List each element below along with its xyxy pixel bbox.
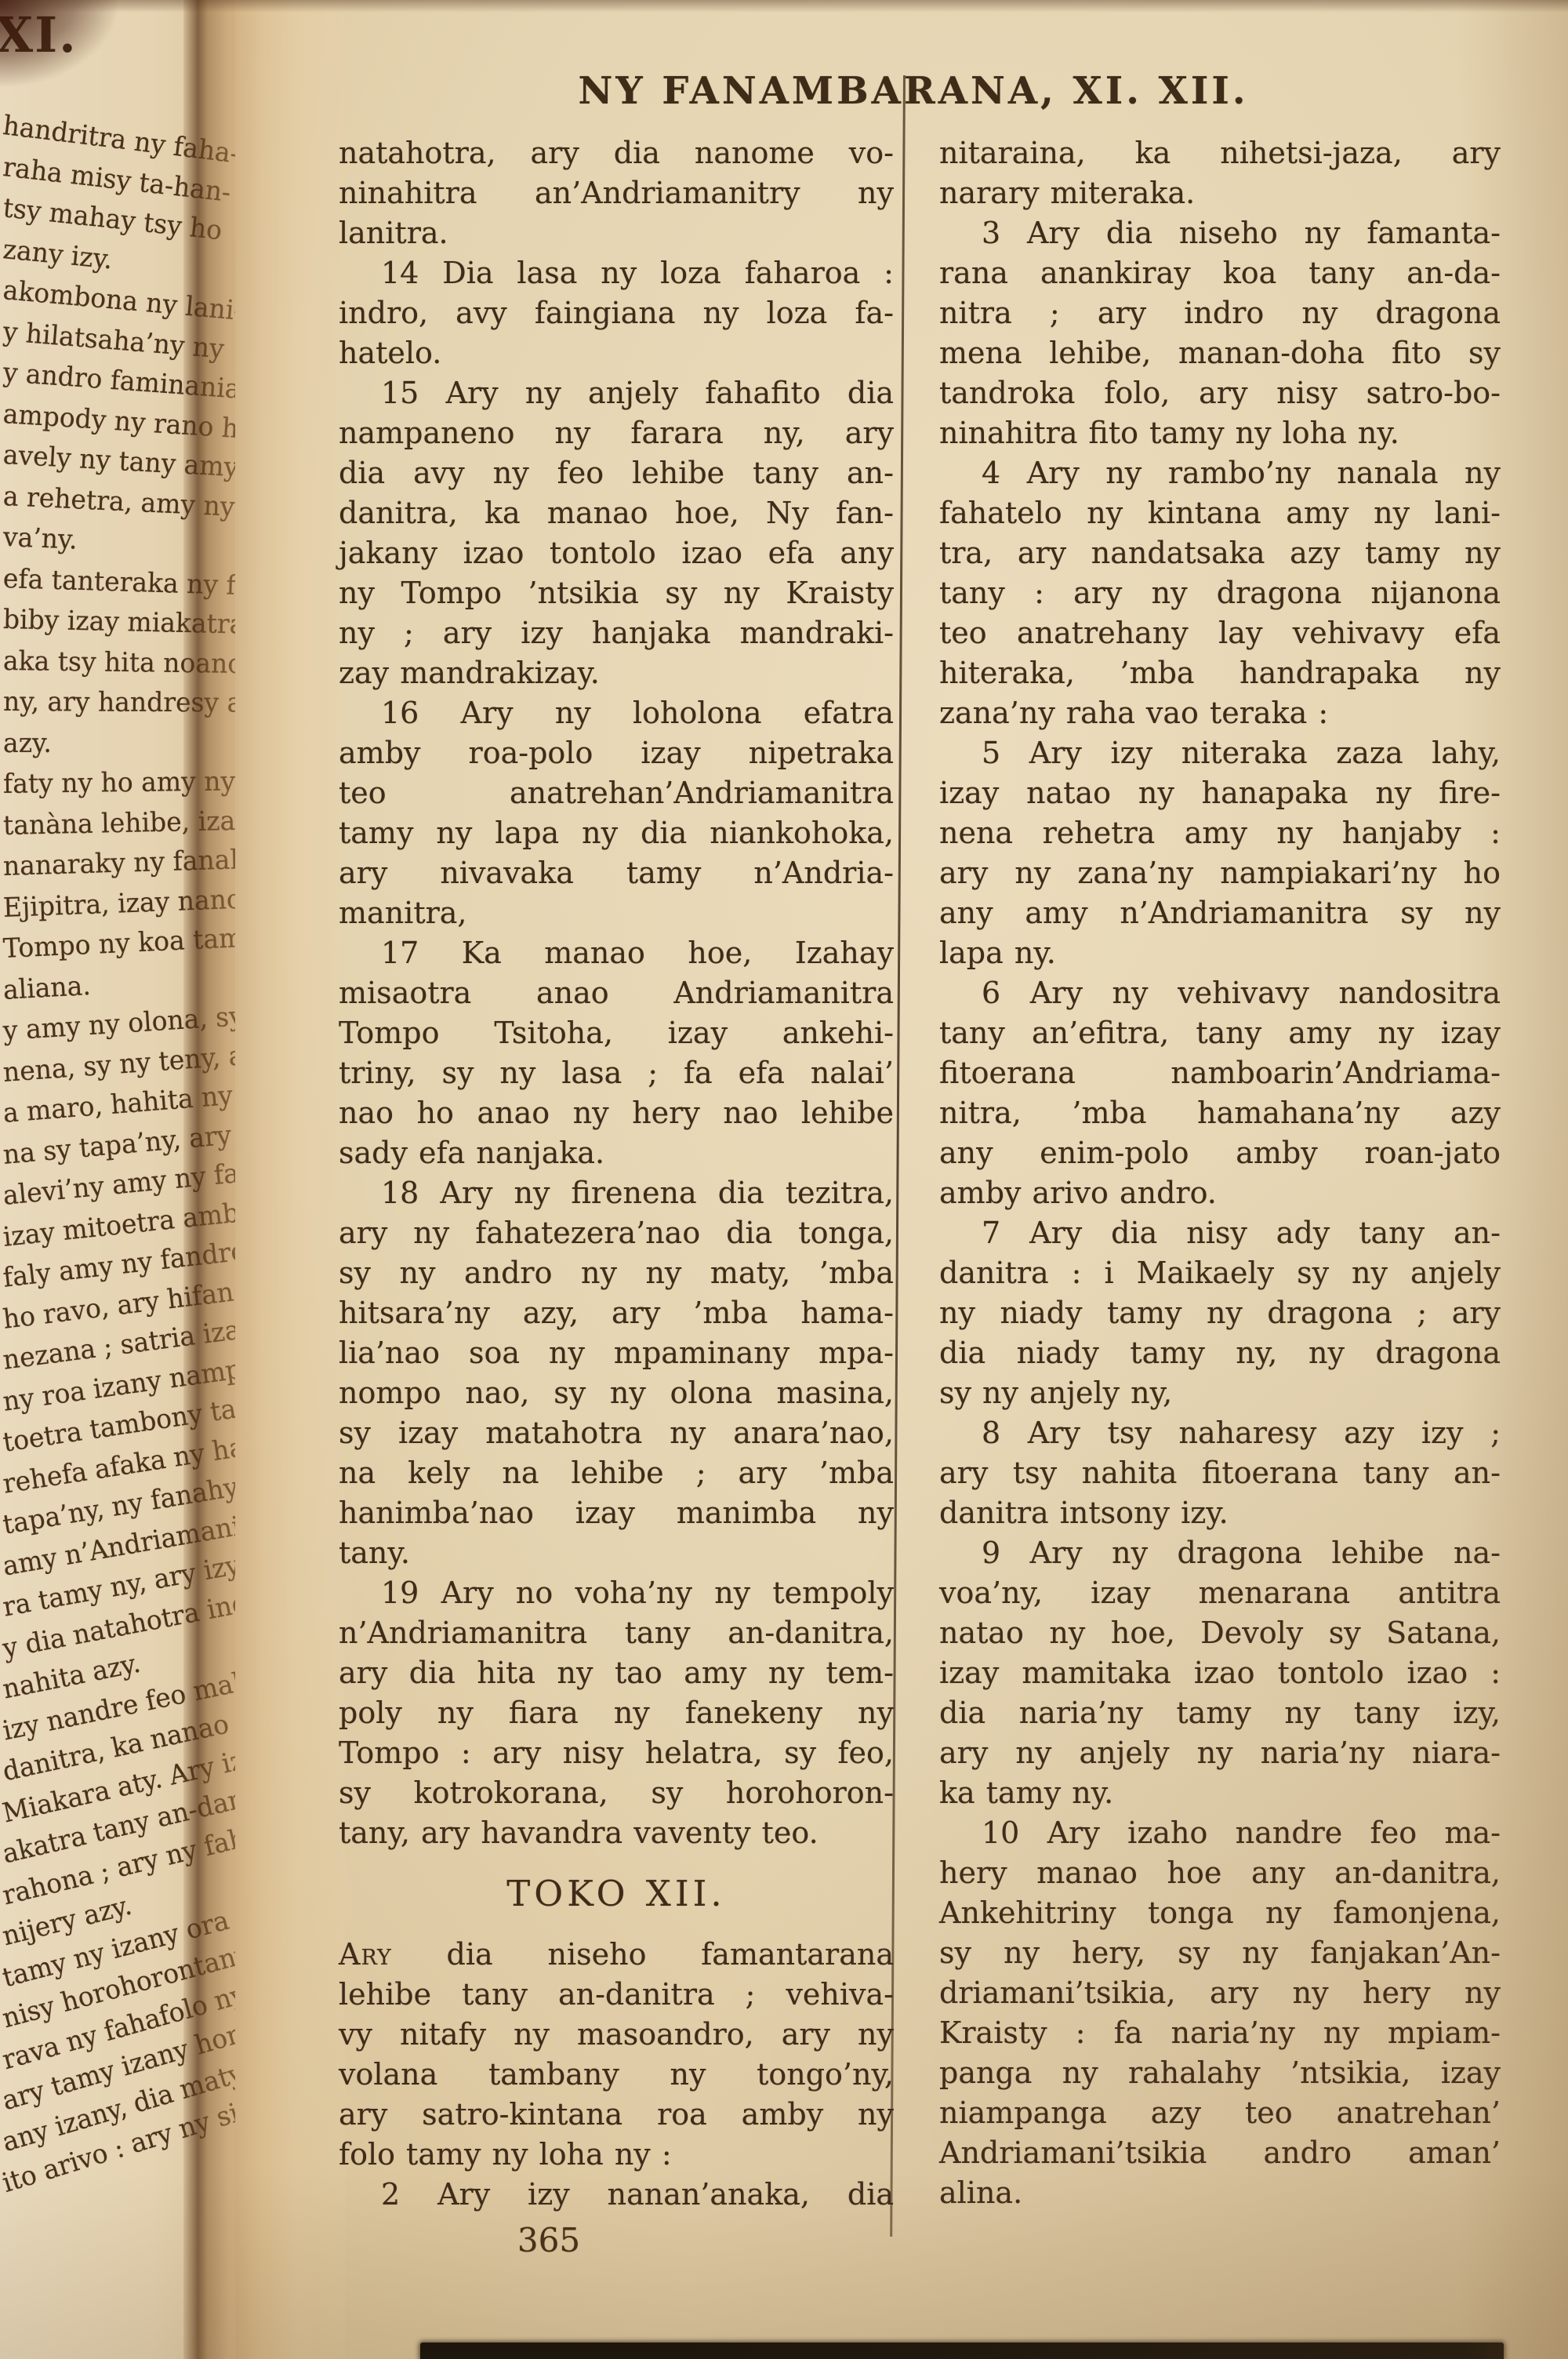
page-number: 365: [463, 2221, 635, 2259]
right-column-verses: nitaraina, ka nihetsi-jaza, arynarary mi…: [939, 133, 1501, 2213]
text-line: tandroka folo, ary nisy satro-bo-: [939, 373, 1501, 413]
right-text-column: nitaraina, ka nihetsi-jaza, arynarary mi…: [939, 133, 1501, 2213]
text-line: 9 Ary ny dragona lehibe na-: [939, 1533, 1501, 1573]
text-line: ka tamy ny.: [939, 1773, 1501, 1813]
left-column-verses-ch12: Ary dia niseho famantaranalehibe tany an…: [339, 1935, 894, 2215]
text-line: lia’nao soa ny mpaminany mpa-: [339, 1333, 894, 1373]
text-line: nao ho anao ny hery nao lehibe: [339, 1093, 894, 1133]
page-corner-shadow: [0, 0, 118, 86]
text-line: hitsara’ny azy, ary ’mba hama-: [339, 1293, 894, 1333]
scanned-book-page: XI. handritra ny faha-raha misy ta-han-t…: [0, 0, 1568, 2359]
text-line: 4 Ary ny rambo’ny nanala ny: [939, 453, 1501, 493]
text-line: 5 Ary izy niteraka zaza lahy,: [939, 733, 1501, 773]
text-line: ninahitra an’Andriamanitry ny: [339, 173, 894, 213]
left-column-verses-ch11: natahotra, ary dia nanome vo-ninahitra a…: [339, 133, 894, 1853]
text-line: ny ; ary izy hanjaka mandraki-: [339, 613, 894, 653]
text-line: 17 Ka manao hoe, Izahay: [339, 933, 894, 973]
text-line: narary miteraka.: [939, 173, 1501, 213]
text-line: zana’ny raha vao teraka :: [939, 693, 1501, 733]
running-header: NY FANAMBARANA, XI. XII.: [329, 69, 1497, 113]
binding-gutter-shadow: [183, 0, 345, 2359]
text-line: tany, ary havandra vaventy teo.: [339, 1813, 894, 1853]
text-line: Ary dia niseho famantarana: [339, 1935, 894, 1975]
text-line: tany.: [339, 1533, 894, 1573]
text-line: folo tamy ny loha ny :: [339, 2135, 894, 2175]
text-line: ary satro-kintana roa amby ny: [339, 2095, 894, 2135]
text-line: driamani’tsikia, ary ny hery ny: [939, 1973, 1501, 2013]
text-line: triny, sy ny lasa ; fa efa nalai’: [339, 1053, 894, 1093]
text-line: nitaraina, ka nihetsi-jaza, ary: [939, 133, 1501, 173]
text-line: sy ny hery, sy ny fanjakan’An-: [939, 1933, 1501, 1973]
text-line: ary tsy nahita fitoerana tany an-: [939, 1453, 1501, 1493]
text-line: sady efa nanjaka.: [339, 1133, 894, 1173]
text-line: tany an’efitra, tany amy ny izay: [939, 1013, 1501, 1053]
text-line: vy nitafy ny masoandro, ary ny: [339, 2015, 894, 2055]
chapter-heading: TOKO XII.: [339, 1853, 894, 1935]
text-line: Tompo : ary nisy helatra, sy feo,: [339, 1733, 894, 1773]
text-line: 15 Ary ny anjely fahafito dia: [339, 373, 894, 413]
text-line: dia niady tamy ny, ny dragona: [939, 1333, 1501, 1373]
text-line: 2 Ary izy nanan’anaka, dia: [339, 2175, 894, 2215]
text-line: tany : ary ny dragona nijanona: [939, 573, 1501, 613]
text-line: mena lehibe, manan-doha fito sy: [939, 333, 1501, 373]
text-line: fahatelo ny kintana amy ny lani-: [939, 493, 1501, 533]
text-line: hiteraka, ’mba handrapaka ny: [939, 653, 1501, 693]
text-line: nitra, ’mba hamahana’ny azy: [939, 1093, 1501, 1133]
text-line: 10 Ary izaho nandre feo ma-: [939, 1813, 1501, 1853]
text-line: teo anatrehan’Andriamanitra: [339, 773, 894, 813]
text-line: volana tambany ny tongo’ny,: [339, 2055, 894, 2095]
text-line: Andriamani’tsikia andro aman’: [939, 2133, 1501, 2173]
text-line: nampaneno ny farara ny, ary: [339, 413, 894, 453]
text-line: voa’ny, izay menarana antitra: [939, 1573, 1501, 1613]
text-line: 18 Ary ny firenena dia tezitra,: [339, 1173, 894, 1213]
text-line: panga ny rahalahy ’ntsikia, izay: [939, 2053, 1501, 2093]
text-line: 6 Ary ny vehivavy nandositra: [939, 973, 1501, 1013]
text-line: ary ny zana’ny nampiakari’ny ho: [939, 853, 1501, 893]
text-line: ary ny anjely ny naria’ny niara-: [939, 1733, 1501, 1773]
text-line: 14 Dia lasa ny loza faharoa :: [339, 253, 894, 293]
text-line: dia avy ny feo lehibe tany an-: [339, 453, 894, 493]
text-line: misaotra anao Andriamanitra: [339, 973, 894, 1013]
text-line: nompo nao, sy ny olona masina,: [339, 1373, 894, 1413]
text-line: sy kotrokorana, sy horohoron-: [339, 1773, 894, 1813]
text-line: 7 Ary dia nisy ady tany an-: [939, 1213, 1501, 1253]
text-line: na kely na lehibe ; ary ’mba: [339, 1453, 894, 1493]
text-line: natao ny hoe, Devoly sy Satana,: [939, 1613, 1501, 1653]
text-line: indro, avy faingiana ny loza fa-: [339, 293, 894, 333]
text-line: tra, ary nandatsaka azy tamy ny: [939, 533, 1501, 573]
text-line: jakany izao tontolo izao efa any: [339, 533, 894, 573]
text-line: nitra ; ary indro ny dragona: [939, 293, 1501, 333]
text-line: ninahitra fito tamy ny loha ny.: [939, 413, 1501, 453]
text-line: teo anatrehany lay vehivavy efa: [939, 613, 1501, 653]
text-line: sy izay matahotra ny anara’nao,: [339, 1413, 894, 1453]
text-line: danitra intsony izy.: [939, 1493, 1501, 1533]
text-line: nena rehetra amy ny hanjaby :: [939, 813, 1501, 853]
text-line: ary ny fahatezera’nao dia tonga,: [339, 1213, 894, 1253]
text-line: Kraisty : fa naria’ny ny mpiam-: [939, 2013, 1501, 2053]
text-line: hanimba’nao izay manimba ny: [339, 1493, 894, 1533]
text-line: sy ny anjely ny,: [939, 1373, 1501, 1413]
text-line: niampanga azy teo anatrehan’: [939, 2093, 1501, 2133]
text-line: ny niady tamy ny dragona ; ary: [939, 1293, 1501, 1333]
text-line: Tompo Tsitoha, izay ankehi-: [339, 1013, 894, 1053]
text-line: zay mandrakizay.: [339, 653, 894, 693]
text-line: natahotra, ary dia nanome vo-: [339, 133, 894, 173]
text-line: any amy n’Andriamanitra sy ny: [939, 893, 1501, 933]
text-line: rana anankiray koa tany an-da-: [939, 253, 1501, 293]
text-line: lehibe tany an-danitra ; vehiva-: [339, 1975, 894, 2015]
text-line: lapa ny.: [939, 933, 1501, 973]
scan-bottom-edge: [420, 2343, 1504, 2359]
text-line: lanitra.: [339, 213, 894, 253]
text-line: poly ny fiara ny fanekeny ny: [339, 1693, 894, 1733]
text-line: dia naria’ny tamy ny tany izy,: [939, 1693, 1501, 1733]
text-line: amby roa-polo izay nipetraka: [339, 733, 894, 773]
text-line: hatelo.: [339, 333, 894, 373]
text-line: any enim-polo amby roan-jato: [939, 1133, 1501, 1173]
text-line: sy ny andro ny ny maty, ’mba: [339, 1253, 894, 1293]
text-line: hery manao hoe any an-danitra,: [939, 1853, 1501, 1893]
left-text-column: natahotra, ary dia nanome vo-ninahitra a…: [339, 133, 894, 2215]
text-line: danitra : i Maikaely sy ny anjely: [939, 1253, 1501, 1293]
text-line: 3 Ary dia niseho ny famanta-: [939, 213, 1501, 253]
text-line: ny Tompo ’ntsikia sy ny Kraisty: [339, 573, 894, 613]
text-line: 16 Ary ny loholona efatra: [339, 693, 894, 733]
text-line: n’Andriamanitra tany an-danitra,: [339, 1613, 894, 1653]
text-line: tamy ny lapa ny dia niankohoka,: [339, 813, 894, 853]
text-line: Ankehitriny tonga ny famonjena,: [939, 1893, 1501, 1933]
text-line: amby arivo andro.: [939, 1173, 1501, 1213]
text-line: danitra, ka manao hoe, Ny fan-: [339, 493, 894, 533]
text-line: izay natao ny hanapaka ny fire-: [939, 773, 1501, 813]
text-line: ary nivavaka tamy n’Andria-: [339, 853, 894, 893]
text-line: izay mamitaka izao tontolo izao :: [939, 1653, 1501, 1693]
text-line: 19 Ary no voha’ny ny tempoly: [339, 1573, 894, 1613]
text-line: 8 Ary tsy naharesy azy izy ;: [939, 1413, 1501, 1453]
text-line: alina.: [939, 2173, 1501, 2213]
text-line: fitoerana namboarin’Andriama-: [939, 1053, 1501, 1093]
text-line: manitra,: [339, 893, 894, 933]
text-line: ary dia hita ny tao amy ny tem-: [339, 1653, 894, 1693]
